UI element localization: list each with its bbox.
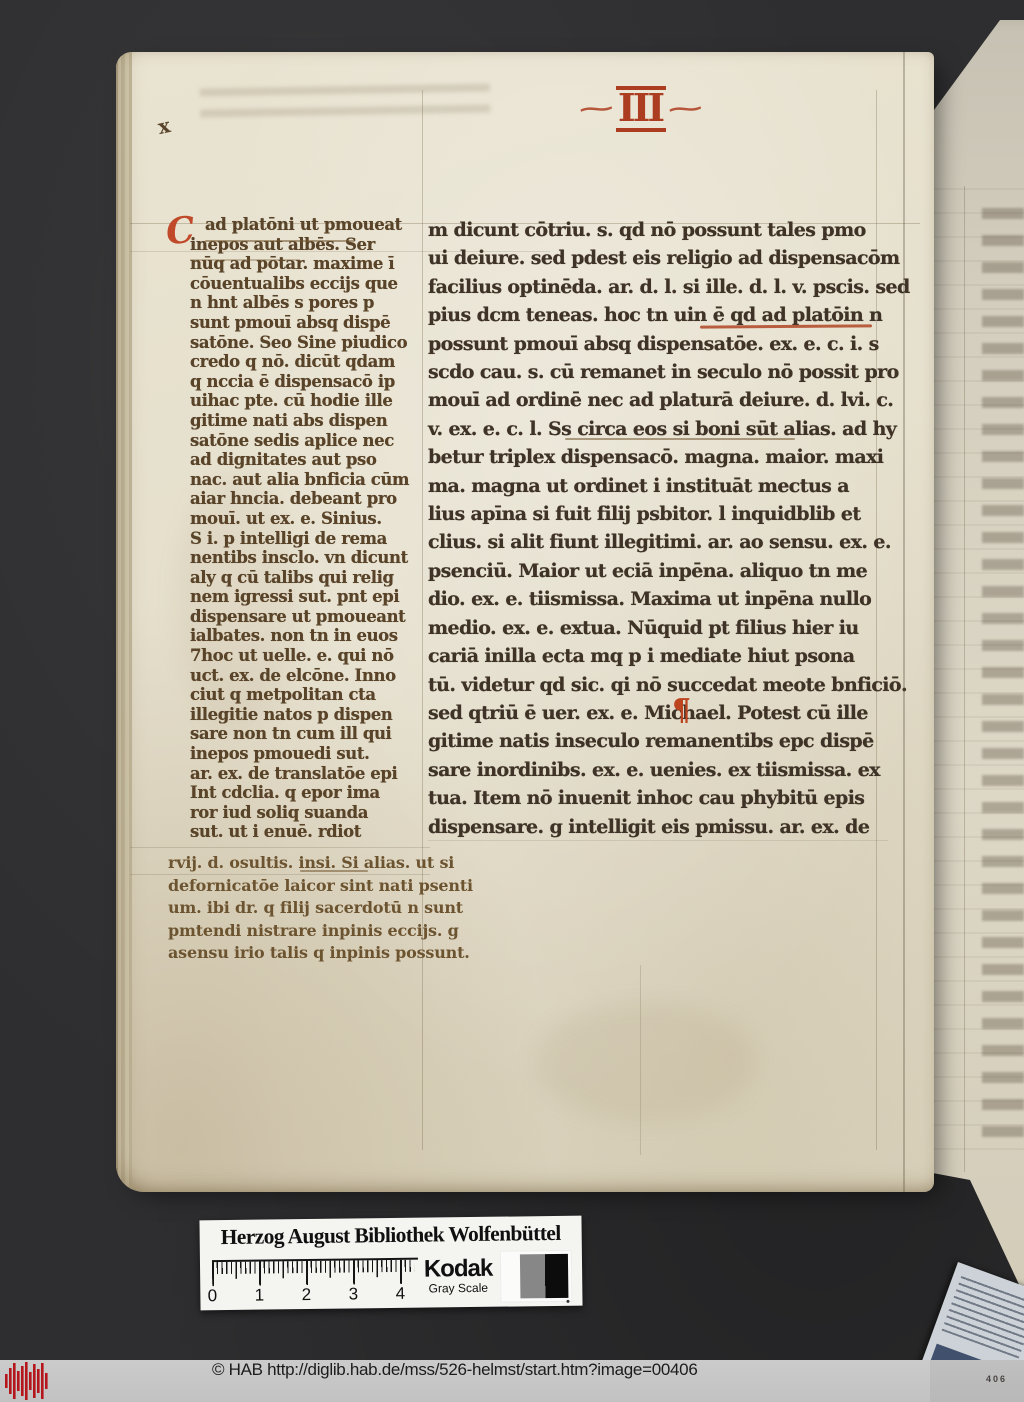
gloss-column: ad platōni ut pmoueatinepos aut albēs. S…	[190, 215, 440, 842]
text-line: mouī ad ordinē nec ad platurā deiure. d.…	[428, 386, 893, 414]
gloss-line: ad dignitates aut pso	[190, 450, 440, 470]
ruler-number: 4	[393, 1284, 407, 1304]
manuscript-page: ~ III ~ x C ad platōni ut pmoueatinepos …	[116, 52, 934, 1192]
text-line: clius. si alit fiunt illegitimi. ar. ao …	[428, 528, 893, 556]
gloss-line: q nccia ē dispensacō ip	[190, 372, 440, 392]
text-line: sare inordinibs. ex. e. uenies. ex tiism…	[428, 756, 893, 784]
gloss-line: satōne sedis aplice nec	[190, 431, 440, 451]
pilcrow-rubric: ¶	[672, 693, 691, 728]
text-line: dio. ex. e. tiismissa. Maxima ut inpēna …	[428, 585, 893, 613]
gloss-line: 7hoc ut uelle. e. qui nō	[190, 646, 440, 666]
flourish-left: ~	[572, 95, 620, 123]
text-line: m dicunt cōtriu. s. qd nō possunt tales …	[428, 216, 893, 244]
text-line: facilius optinēda. ar. d. l. si ille. d.…	[428, 273, 893, 301]
ruler-number: 1	[252, 1286, 266, 1306]
gloss-line: nac. aut alia bnficia cūm	[190, 470, 440, 490]
text-line: lius apīna si fuit filij psbitor. l inqu…	[428, 500, 893, 528]
gloss-line: nūq ad pōtar. maxime ī	[190, 254, 440, 274]
gloss-line: uct. ex. de elcōne. Inno	[190, 666, 440, 686]
parchment-stain	[536, 1002, 756, 1122]
text-line: sed qtriū ē uer. ex. e. Michael. Potest …	[428, 699, 893, 727]
gray-scale-patch	[500, 1250, 573, 1303]
next-folio-rule-line	[964, 186, 965, 1172]
gloss-line: illegitie natos p dispen	[190, 705, 440, 725]
text-line: scdo cau. s. cū remanet in seculo nō pos…	[428, 358, 893, 386]
gloss-line: credo q nō. dicūt qdam	[190, 352, 440, 372]
manuscript-photo: III ~ III ~ x C ad platōni ut pmoueatine…	[0, 0, 1024, 1402]
text-line: ma. magna ut ordinet i instituāt mectus …	[428, 472, 893, 500]
gloss-line: nem igressi sut. pnt epi	[190, 587, 440, 607]
text-bleedthrough	[200, 75, 491, 130]
gloss-line: ar. ex. de translatōe epi	[190, 764, 440, 784]
ink-underline	[300, 870, 368, 872]
ruler-major-ticks	[212, 1260, 414, 1286]
main-text-column: m dicunt cōtriu. s. qd nō possunt tales …	[428, 216, 893, 841]
text-line: betur triplex dispensacō. magna. maior. …	[428, 443, 893, 471]
reference-label: Herzog August Bibliothek Wolfenbüttel 01…	[199, 1216, 582, 1311]
gloss-line: gitime nati abs dispen	[190, 411, 440, 431]
text-line: gitime natis inseculo remanentibs epc di…	[428, 727, 893, 755]
gray-scale-label: Gray Scale	[416, 1281, 500, 1296]
ruler-number: 2	[299, 1285, 313, 1305]
scan-code: 406	[986, 1374, 1007, 1384]
kodak-wordmark: Kodak	[416, 1255, 500, 1284]
corner-x-mark: x	[156, 113, 173, 139]
label-title: Herzog August Bibliothek Wolfenbüttel	[200, 1221, 582, 1251]
gloss-line: dispensare ut pmoueant	[190, 607, 440, 627]
gloss-line: inepos pmouedi sut.	[190, 744, 440, 764]
gloss-line: sunt pmouī absq dispē	[190, 313, 440, 333]
hab-logo-icon	[4, 1361, 52, 1401]
ink-underline	[190, 259, 300, 261]
gloss-line: aly q cū talibs qui relig	[190, 568, 440, 588]
gloss-line: n hnt albēs s pores p	[190, 293, 440, 313]
ruler-number: 0	[205, 1286, 219, 1306]
text-line: cariā inilla ecta mq p i mediate hiut ps…	[428, 642, 893, 670]
gloss-line: satōne. Seo Sine piudico	[190, 333, 440, 353]
ruling-line	[640, 965, 641, 1155]
ink-underline	[565, 438, 795, 440]
note-line: defornicatōe laicor sint nati psenti	[168, 875, 513, 898]
footer-shade	[930, 1360, 1024, 1402]
gloss-line: ad platōni ut pmoueat	[190, 215, 440, 235]
text-line: ui deiure. sed pdest eis religio ad disp…	[428, 244, 893, 272]
footer-bar: © HAB http://diglib.hab.de/mss/526-helms…	[0, 1360, 1024, 1402]
text-line: medio. ex. e. extua. Nūquid pt filius hi…	[428, 614, 893, 642]
kodak-block: Kodak Gray Scale	[416, 1255, 500, 1296]
copyright-url: © HAB http://diglib.hab.de/mss/526-helms…	[212, 1360, 697, 1402]
text-line: possunt pmouī absq dispensatōe. ex. e. c…	[428, 330, 893, 358]
gloss-line: Int cdclia. q epor ima	[190, 783, 440, 803]
text-line: tua. Item nō inuenit inhoc cau phybitū e…	[428, 784, 893, 812]
ghost-folio-number: III	[947, 43, 972, 67]
gloss-line: ciut q metpolitan cta	[190, 685, 440, 705]
gloss-line: ror iud soliq suanda	[190, 803, 440, 823]
gloss-line: cōuentualibs eccijs que	[190, 274, 440, 294]
text-line: psenciū. Maior ut eciā inpēna. aliquo tn…	[428, 557, 893, 585]
gloss-note: rvij. d. osultis. insi. Si alias. ut sid…	[168, 852, 513, 965]
gloss-line: uihac pte. cū hodie ille	[190, 391, 440, 411]
ink-underline	[205, 240, 355, 242]
gloss-line: aiar hncia. debeant pro	[190, 489, 440, 509]
text-line: tū. videtur qd sic. qi nō succedat meote…	[428, 671, 893, 699]
ruler-numbers: 01234	[212, 1284, 414, 1308]
text-line: dispensare. g intelligit eis pmissu. ar.…	[428, 813, 893, 841]
gloss-line: S i. p intelligi de rema	[190, 529, 440, 549]
ruler-scale: 01234	[212, 1258, 419, 1309]
gloss-line: sut. ut i enuē. rdiot	[190, 822, 440, 842]
gloss-line: mouī. ut ex. e. Sinius.	[190, 509, 440, 529]
gloss-line: ialbates. non tn in euos	[190, 626, 440, 646]
folio-number-group: ~ III ~	[536, 86, 746, 132]
flourish-right: ~	[661, 95, 709, 123]
next-folio-text-bleed	[982, 208, 1024, 1152]
corner-sticker-text	[942, 1272, 1024, 1358]
note-line: um. ibi dr. q filij sacerdotū n sunt	[168, 897, 513, 920]
ruling-line	[130, 847, 430, 848]
sheet-edge-line	[903, 52, 905, 1192]
label-dot	[566, 1300, 569, 1303]
note-line: pmtendi nistrare inpinis eccijs. g	[168, 920, 513, 943]
gray-scale-swatch	[520, 1254, 569, 1299]
ruler-number: 3	[346, 1284, 360, 1304]
folio-number: III	[616, 86, 666, 132]
gloss-line: nentibs insclo. vn dicunt	[190, 548, 440, 568]
gloss-line: inepos aut albēs. Ser	[190, 235, 440, 255]
gloss-line: sare non tn cum ill qui	[190, 724, 440, 744]
note-line: asensu irio talis q inpinis possunt.	[168, 942, 513, 965]
